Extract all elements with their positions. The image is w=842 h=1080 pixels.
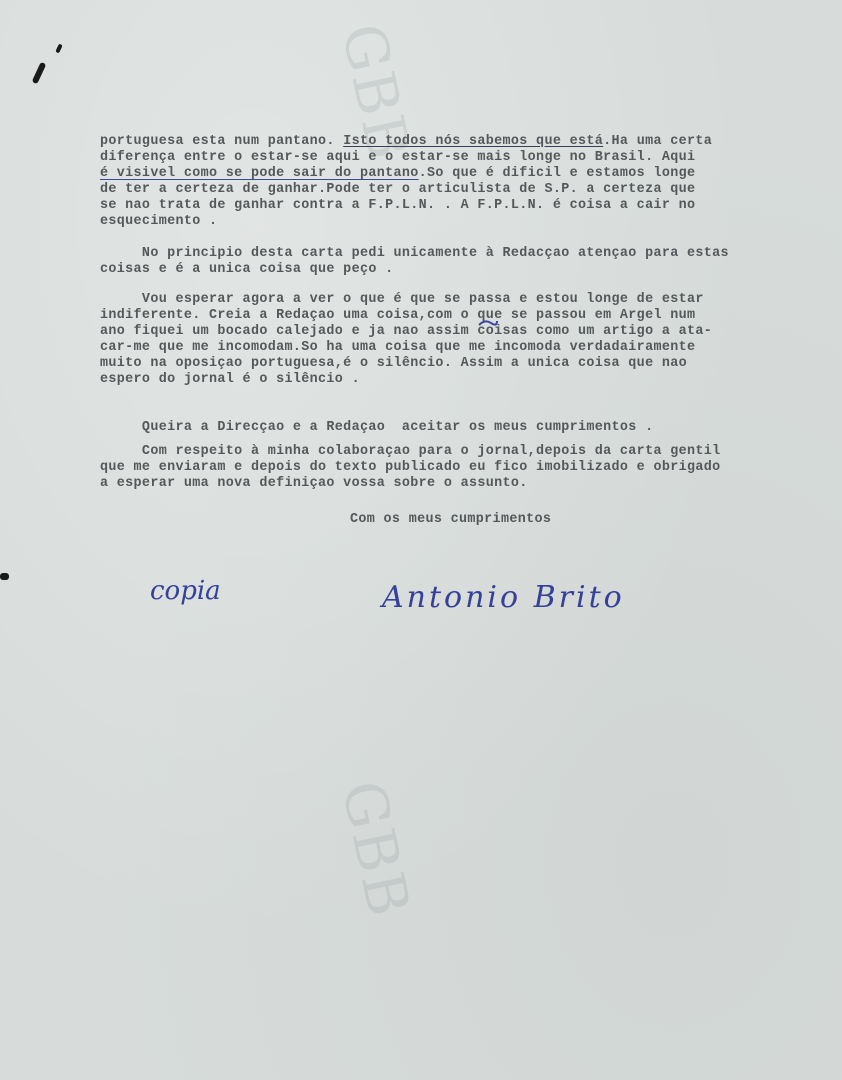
text-line: espero do jornal é o silêncio .: [100, 372, 360, 387]
text-line: portuguesa esta num pantano. Isto todos …: [100, 134, 712, 149]
text-line: No principio desta carta pedi unicamente…: [100, 246, 729, 261]
text-line: de ter a certeza de ganhar.Pode ter o ar…: [100, 182, 695, 197]
margin-mark-top: [32, 62, 47, 84]
text-line: Vou esperar agora a ver o que é que se p…: [100, 292, 704, 307]
text-line: se nao trata de ganhar contra a F.P.L.N.…: [100, 198, 695, 213]
text-line: Queira a Direcçao e a Redaçao aceitar os…: [100, 420, 653, 435]
text-line: coisas e é a unica coisa que peço .: [100, 262, 394, 277]
underlined-phrase: Isto todos nós sabemos que está: [343, 134, 603, 149]
text-line: car-me que me incomodam.So ha uma coisa …: [100, 340, 695, 355]
text-line: é visivel como se pode sair do pantano.S…: [100, 166, 695, 181]
text-line: indiferente. Creia a Redaçao uma coisa,c…: [100, 308, 695, 323]
text-line: Com respeito à minha colaboraçao para o …: [100, 444, 721, 459]
closing-salutation: Com os meus cumprimentos: [350, 512, 551, 527]
text-line: esquecimento .: [100, 214, 217, 229]
text-line: a esperar uma nova definiçao vossa sobre…: [100, 476, 528, 491]
text-line: muito na oposiçao portuguesa,é o silênci…: [100, 356, 687, 371]
margin-mark-left: [0, 573, 9, 580]
handwritten-note: copia: [150, 576, 221, 606]
watermark-bottom: GBB: [328, 775, 423, 924]
signature: Antonio Brito: [382, 580, 625, 615]
ink-correction-mark: [477, 318, 499, 328]
document-page: GBB GBB portuguesa esta num pantano. Ist…: [0, 0, 842, 1080]
margin-mark-top-small: [55, 44, 62, 54]
text-line: que me enviaram e depois do texto public…: [100, 460, 721, 475]
text-line: diferença entre o estar-se aqui e o esta…: [100, 150, 695, 165]
text-line: ano fiquei um bocado calejado e ja nao a…: [100, 324, 712, 339]
blue-underlined-phrase: é visivel como se pode sair do pantano: [100, 166, 419, 181]
